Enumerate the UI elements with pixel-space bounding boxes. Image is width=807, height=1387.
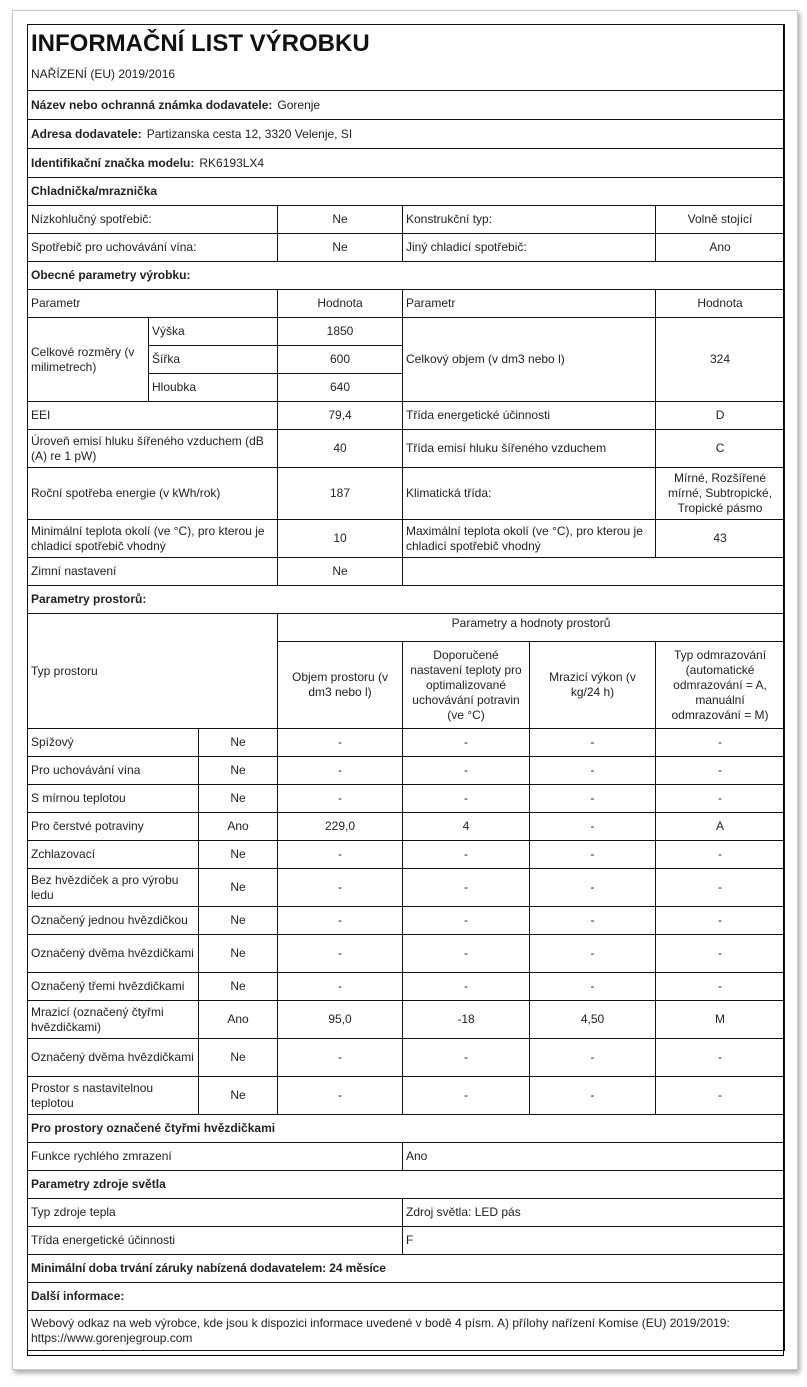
compartment-type: Označený dvěma hvězdičkami	[28, 935, 199, 973]
four-star-heading: Pro prostory označené čtyřmi hvězdičkami	[28, 1115, 785, 1143]
compartment-temperature: -	[403, 841, 530, 869]
compartment-type: Mrazicí (označený čtyřmi hvězdičkami)	[28, 1001, 199, 1039]
table-row: Nízkohlučný spotřebič: Ne Konstrukční ty…	[28, 206, 785, 234]
row-value: 43	[656, 520, 785, 558]
compartment-volume: -	[278, 757, 403, 785]
compartment-present: Ne	[199, 1077, 278, 1115]
compartment-defrost-type: M	[656, 1001, 785, 1039]
compartment-freezing-capacity: -	[530, 907, 656, 935]
row-value: Ne	[278, 558, 403, 586]
table-header-row: Typ prostoru Parametry a hodnoty prostor…	[28, 614, 785, 642]
supplier-label: Název nebo ochranná známka dodavatele:	[31, 98, 272, 112]
table-row: ZchlazovacíNe----	[28, 841, 785, 869]
row-label: EEI	[28, 402, 278, 430]
compartment-temperature: -	[403, 757, 530, 785]
compartment-defrost-type: -	[656, 785, 785, 813]
compartment-type: Označený třemi hvězdičkami	[28, 973, 199, 1001]
row-label: Roční spotřeba energie (v kWh/rok)	[28, 468, 278, 520]
compartment-defrost-type: -	[656, 841, 785, 869]
compartment-defrost-type: -	[656, 907, 785, 935]
compartment-volume: -	[278, 869, 403, 907]
compartment-freezing-capacity: -	[530, 1039, 656, 1077]
compartment-defrost-type: A	[656, 813, 785, 841]
dimension-value: 640	[278, 374, 403, 402]
row-value: Ano	[656, 234, 785, 262]
row-label: Minimální teplota okolí (ve °C), pro kte…	[28, 520, 278, 558]
compartment-volume: -	[278, 935, 403, 973]
supplier-value: Gorenje	[277, 98, 320, 112]
compartment-volume: -	[278, 785, 403, 813]
more-info-heading: Další informace:	[28, 1283, 785, 1311]
row-value: 79,4	[278, 402, 403, 430]
column-header: Parametr	[28, 290, 278, 318]
table-row: Třída energetické účinnosti F	[28, 1227, 785, 1255]
row-value: Zdroj světla: LED pás	[403, 1199, 785, 1227]
table-row: Označený dvěma hvězdičkamiNe----	[28, 1039, 785, 1077]
more-info-text: Webový odkaz na web výrobce, kde jsou k …	[28, 1311, 785, 1351]
compartment-defrost-type: -	[656, 1077, 785, 1115]
more-info-description: Webový odkaz na web výrobce, kde jsou k …	[31, 1316, 730, 1330]
table-row: Pro uchovávání vínaNe----	[28, 757, 785, 785]
dimension-label: Hloubka	[149, 374, 278, 402]
compartment-type: Prostor s nastavitelnou teplotou	[28, 1077, 199, 1115]
dimension-label: Výška	[149, 318, 278, 346]
compartment-type: Zchlazovací	[28, 841, 199, 869]
table-row: SpížovýNe----	[28, 729, 785, 757]
table-row: Bez hvězdiček a pro výrobu leduNe----	[28, 869, 785, 907]
table-row: Zimní nastavení Ne	[28, 558, 785, 586]
compartment-temperature: -18	[403, 1001, 530, 1039]
regulation: NAŘÍZENÍ (EU) 2019/2016	[28, 61, 785, 91]
row-label: Jiný chladicí spotřebič:	[403, 234, 656, 262]
compartment-temperature: -	[403, 869, 530, 907]
table-row: Označený jednou hvězdičkouNe----	[28, 907, 785, 935]
row-value: Ano	[403, 1143, 785, 1171]
compartment-type: Pro čerstvé potraviny	[28, 813, 199, 841]
compartment-freezing-capacity: -	[530, 785, 656, 813]
product-info-sheet: INFORMAČNÍ LIST VÝROBKU NAŘÍZENÍ (EU) 20…	[27, 24, 784, 1356]
general-heading: Obecné parametry výrobku:	[28, 262, 785, 290]
compartment-volume: -	[278, 729, 403, 757]
row-value: C	[656, 430, 785, 468]
row-label: Maximální teplota okolí (ve °C), pro kte…	[403, 520, 656, 558]
table-row: Funkce rychlého zmrazení Ano	[28, 1143, 785, 1171]
row-value: 40	[278, 430, 403, 468]
compartment-volume: -	[278, 907, 403, 935]
compartment-temperature: -	[403, 973, 530, 1001]
table-row: Pro čerstvé potravinyAno229,04-A	[28, 813, 785, 841]
compartment-temperature: -	[403, 729, 530, 757]
compartment-present: Ne	[199, 729, 278, 757]
column-header: Objem prostoru (v dm3 nebo l)	[278, 642, 403, 729]
row-label: Spotřebič pro uchovávání vína:	[28, 234, 278, 262]
page-title: INFORMAČNÍ LIST VÝROBKU	[28, 25, 785, 61]
row-label: Třída emisí hluku šířeného vzduchem	[403, 430, 656, 468]
row-label: Třída energetické účinnosti	[403, 402, 656, 430]
compartment-present: Ano	[199, 1001, 278, 1039]
table-row: Úroveň emisí hluku šířeného vzduchem (dB…	[28, 430, 785, 468]
table-header-row: Parametr Hodnota Parametr Hodnota	[28, 290, 785, 318]
compartment-present: Ano	[199, 813, 278, 841]
compartment-temperature: 4	[403, 813, 530, 841]
row-value: F	[403, 1227, 785, 1255]
table-row: Mrazicí (označený čtyřmi hvězdičkami)Ano…	[28, 1001, 785, 1039]
row-value: Ne	[278, 206, 403, 234]
column-header: Hodnota	[656, 290, 785, 318]
compartment-freezing-capacity: -	[530, 813, 656, 841]
light-heading: Parametry zdroje světla	[28, 1171, 785, 1199]
compartment-temperature: -	[403, 785, 530, 813]
compartment-present: Ne	[199, 841, 278, 869]
dimension-value: 1850	[278, 318, 403, 346]
compartments-heading: Parametry prostorů:	[28, 586, 785, 614]
compartment-type: Spížový	[28, 729, 199, 757]
column-group-header: Parametry a hodnoty prostorů	[278, 614, 785, 642]
compartment-volume: 95,0	[278, 1001, 403, 1039]
address-value: Partizanska cesta 12, 3320 Velenje, SI	[147, 127, 352, 141]
compartment-volume: -	[278, 841, 403, 869]
row-value: 187	[278, 468, 403, 520]
supplier-address: Adresa dodavatele:Partizanska cesta 12, …	[28, 120, 785, 149]
compartment-volume: 229,0	[278, 813, 403, 841]
row-label: Zimní nastavení	[28, 558, 278, 586]
compartment-type: Označený jednou hvězdičkou	[28, 907, 199, 935]
manufacturer-link[interactable]: https://www.gorenjegroup.com	[31, 1331, 781, 1346]
compartment-defrost-type: -	[656, 1039, 785, 1077]
document-page: INFORMAČNÍ LIST VÝROBKU NAŘÍZENÍ (EU) 20…	[12, 10, 798, 1370]
row-label: Nízkohlučný spotřebič:	[28, 206, 278, 234]
row-label: Typ zdroje tepla	[28, 1199, 403, 1227]
row-value: Ne	[278, 234, 403, 262]
compartment-temperature: -	[403, 1077, 530, 1115]
column-header: Mrazicí výkon (v kg/24 h)	[530, 642, 656, 729]
row-label: Celkový objem (v dm3 nebo l)	[403, 318, 656, 402]
compartment-present: Ne	[199, 935, 278, 973]
compartment-type: Pro uchovávání vína	[28, 757, 199, 785]
table-row: S mírnou teplotouNe----	[28, 785, 785, 813]
compartment-freezing-capacity: -	[530, 729, 656, 757]
row-value: 324	[656, 318, 785, 402]
appliance-heading: Chladnička/mraznička	[28, 178, 785, 206]
column-header: Hodnota	[278, 290, 403, 318]
row-value: Mírné, Rozšířené mírné, Subtropické, Tro…	[656, 468, 785, 520]
compartment-freezing-capacity: 4,50	[530, 1001, 656, 1039]
compartment-freezing-capacity: -	[530, 841, 656, 869]
compartment-type: S mírnou teplotou	[28, 785, 199, 813]
compartment-volume: -	[278, 1039, 403, 1077]
column-header: Typ prostoru	[28, 614, 278, 729]
compartment-present: Ne	[199, 757, 278, 785]
compartment-freezing-capacity: -	[530, 973, 656, 1001]
compartment-defrost-type: -	[656, 973, 785, 1001]
table-row: Spotřebič pro uchovávání vína: Ne Jiný c…	[28, 234, 785, 262]
compartment-present: Ne	[199, 869, 278, 907]
compartment-defrost-type: -	[656, 757, 785, 785]
model-value: RK6193LX4	[199, 156, 264, 170]
compartment-present: Ne	[199, 907, 278, 935]
dimensions-label: Celkové rozměry (v milimetrech)	[28, 318, 149, 402]
dimension-label: Šířka	[149, 346, 278, 374]
row-value: Volně stojící	[656, 206, 785, 234]
model-id: Identifikační značka modelu:RK6193LX4	[28, 149, 785, 178]
compartment-present: Ne	[199, 973, 278, 1001]
compartment-type: Označený dvěma hvězdičkami	[28, 1039, 199, 1077]
address-label: Adresa dodavatele:	[31, 127, 142, 141]
empty-cell	[403, 558, 785, 586]
compartment-defrost-type: -	[656, 729, 785, 757]
compartment-temperature: -	[403, 935, 530, 973]
column-header: Doporučené nastavení teploty pro optimal…	[403, 642, 530, 729]
model-label: Identifikační značka modelu:	[31, 156, 194, 170]
compartment-present: Ne	[199, 785, 278, 813]
column-header: Typ odmrazování (automatické odmrazování…	[656, 642, 785, 729]
warranty-info: Minimální doba trvání záruky nabízená do…	[28, 1255, 785, 1283]
compartment-freezing-capacity: -	[530, 757, 656, 785]
table-row: Prostor s nastavitelnou teplotouNe----	[28, 1077, 785, 1115]
compartment-defrost-type: -	[656, 935, 785, 973]
column-header: Parametr	[403, 290, 656, 318]
row-label: Klimatická třída:	[403, 468, 656, 520]
table-row: Typ zdroje tepla Zdroj světla: LED pás	[28, 1199, 785, 1227]
compartment-temperature: -	[403, 907, 530, 935]
row-value: 10	[278, 520, 403, 558]
compartment-freezing-capacity: -	[530, 869, 656, 907]
table-row: EEI 79,4 Třída energetické účinnosti D	[28, 402, 785, 430]
compartment-defrost-type: -	[656, 869, 785, 907]
compartment-volume: -	[278, 973, 403, 1001]
row-label: Funkce rychlého zmrazení	[28, 1143, 403, 1171]
table-row: Roční spotřeba energie (v kWh/rok) 187 K…	[28, 468, 785, 520]
compartment-freezing-capacity: -	[530, 1077, 656, 1115]
compartment-volume: -	[278, 1077, 403, 1115]
row-value: D	[656, 402, 785, 430]
table-row: Minimální teplota okolí (ve °C), pro kte…	[28, 520, 785, 558]
row-label: Třída energetické účinnosti	[28, 1227, 403, 1255]
supplier-name: Název nebo ochranná známka dodavatele:Go…	[28, 91, 785, 120]
dimension-value: 600	[278, 346, 403, 374]
row-label: Konstrukční typ:	[403, 206, 656, 234]
compartment-type: Bez hvězdiček a pro výrobu ledu	[28, 869, 199, 907]
table-row: Celkové rozměry (v milimetrech) Výška 18…	[28, 318, 785, 346]
table-row: Označený třemi hvězdičkamiNe----	[28, 973, 785, 1001]
compartment-present: Ne	[199, 1039, 278, 1077]
compartment-freezing-capacity: -	[530, 935, 656, 973]
info-table: INFORMAČNÍ LIST VÝROBKU NAŘÍZENÍ (EU) 20…	[27, 24, 785, 1351]
table-row: Označený dvěma hvězdičkamiNe----	[28, 935, 785, 973]
row-label: Úroveň emisí hluku šířeného vzduchem (dB…	[28, 430, 278, 468]
compartment-temperature: -	[403, 1039, 530, 1077]
compartment-rows: SpížovýNe----Pro uchovávání vínaNe----S …	[28, 729, 785, 1115]
